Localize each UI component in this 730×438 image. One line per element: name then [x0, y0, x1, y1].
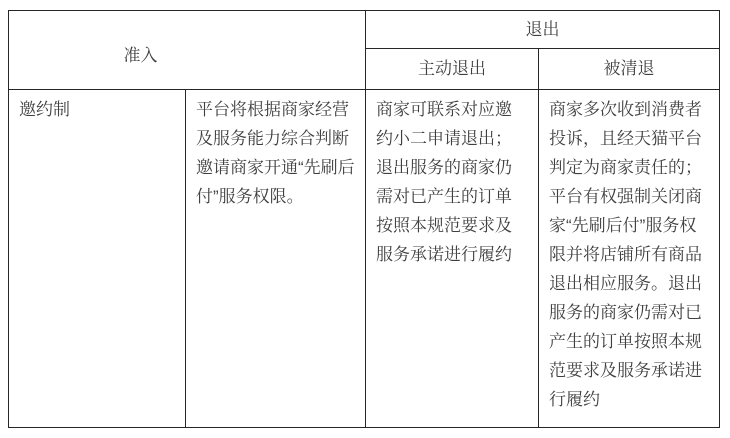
table-container: 准入 退出 主动退出 被清退 邀约制 平台将根据商家经营及服务能力综合判断邀请商… [8, 10, 720, 428]
admission-description-cell: 平台将根据商家经营及服务能力综合判断邀请商家开通“先刷后付”服务权限。 [186, 90, 366, 428]
document-page: 准入 退出 主动退出 被清退 邀约制 平台将根据商家经营及服务能力综合判断邀请商… [0, 0, 730, 438]
header-row-top: 准入 退出 [9, 11, 720, 49]
exit-header-cell: 退出 [366, 11, 720, 49]
voluntary-exit-header-cell: 主动退出 [366, 49, 539, 90]
admission-mode-cell: 邀约制 [9, 90, 186, 428]
forced-exit-header-cell: 被清退 [539, 49, 720, 90]
voluntary-exit-description-cell: 商家可联系对应邀约小二申请退出；退出服务的商家仍需对已产生的订单按照本规范要求及… [366, 90, 539, 428]
forced-exit-description-cell: 商家多次收到消费者投诉，且经天猫平台判定为商家责任的；平台有权强制关闭商家“先刷… [539, 90, 720, 428]
table-row: 邀约制 平台将根据商家经营及服务能力综合判断邀请商家开通“先刷后付”服务权限。 … [9, 90, 720, 428]
admission-header-cell: 准入 [9, 11, 366, 90]
admission-exit-rules-table: 准入 退出 主动退出 被清退 邀约制 平台将根据商家经营及服务能力综合判断邀请商… [8, 10, 720, 428]
